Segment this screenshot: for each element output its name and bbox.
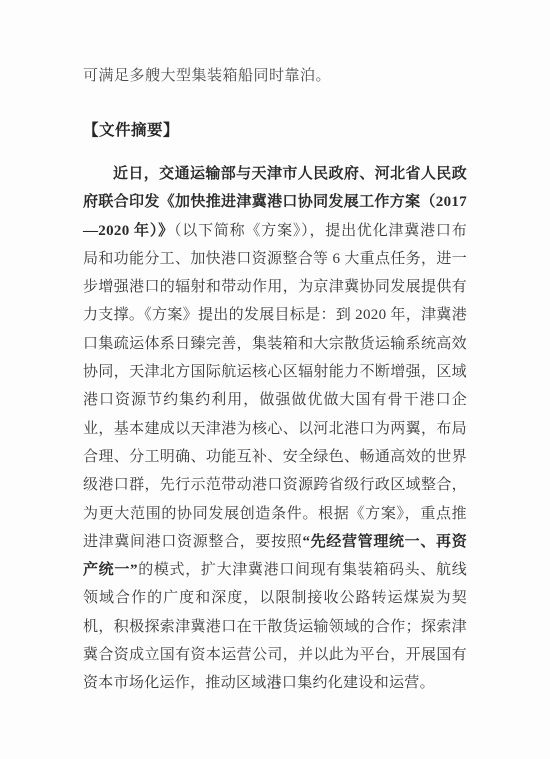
paragraph-body-2: 的模式，扩大津冀港口间现有集装箱码头、航线领域合作的广度和深度，以限制接收公路转… bbox=[83, 562, 467, 691]
paragraph-body-1: （以下简称《方案》），提出优化津冀港口布局和功能分工、加快港口资源整合等 6 大… bbox=[83, 223, 467, 550]
document-page: 可满足多艘大型集装箱船同时靠泊。 【文件摘要】 近日，交通运输部与天津市人民政府… bbox=[0, 0, 550, 759]
page-number: 13 bbox=[0, 681, 550, 692]
summary-paragraph: 近日，交通运输部与天津市人民政府、河北省人民政府联合印发《加快推进津冀港口协同发… bbox=[83, 160, 467, 698]
section-heading: 【文件摘要】 bbox=[83, 121, 179, 141]
paragraph-continuation: 可满足多艘大型集装箱船同时靠泊。 bbox=[83, 66, 467, 86]
